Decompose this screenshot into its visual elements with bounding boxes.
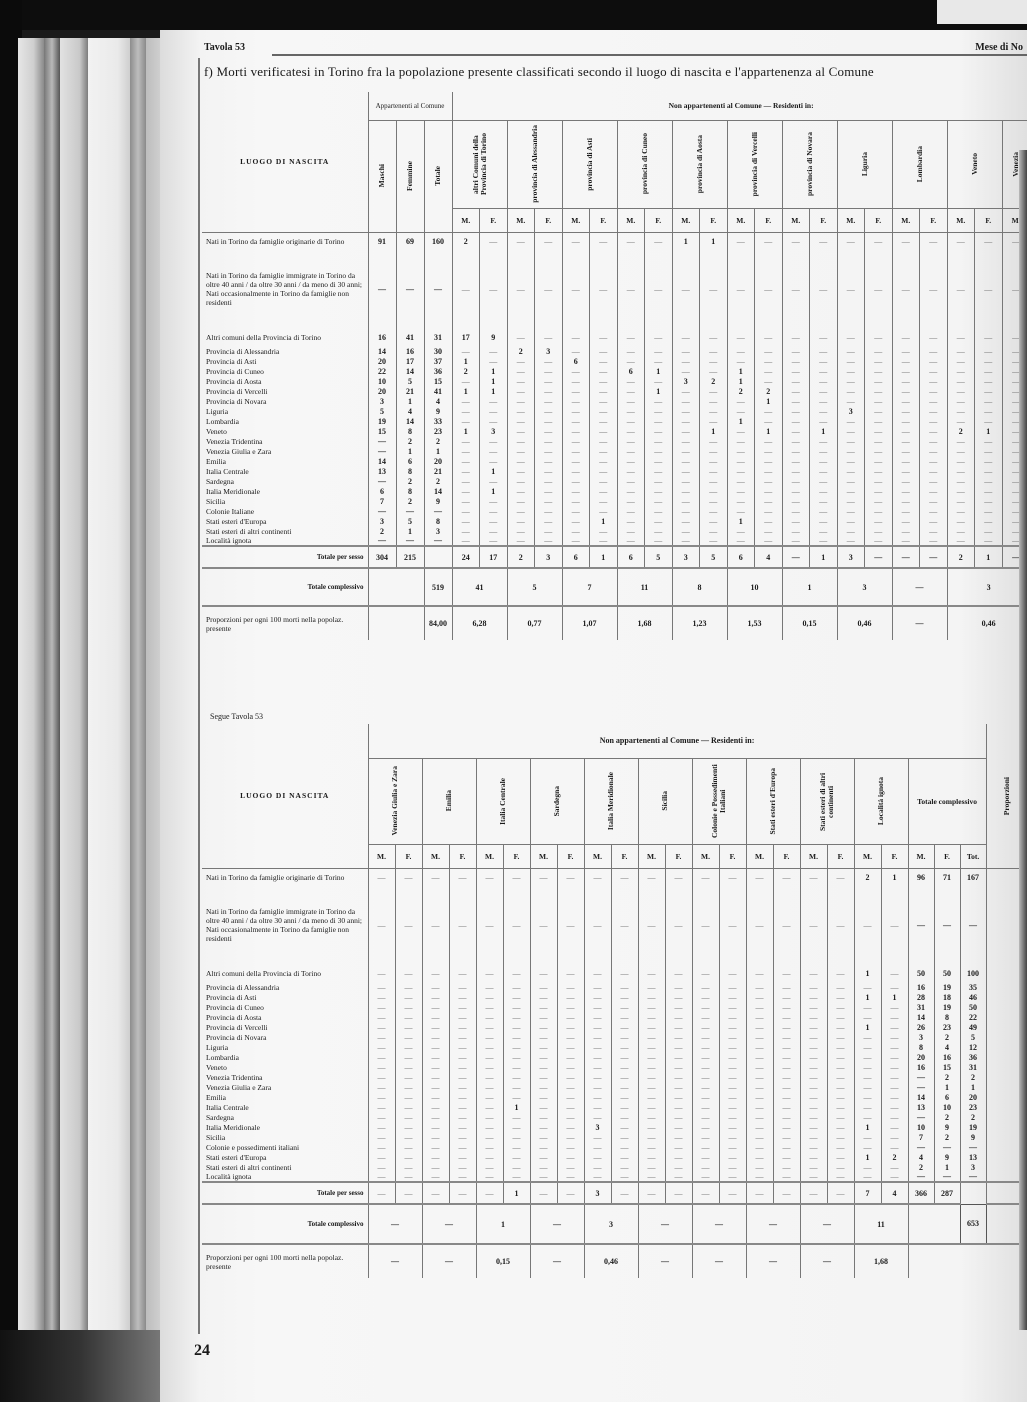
title-prefix: f) bbox=[204, 64, 213, 79]
data-cell: — bbox=[452, 526, 480, 536]
table-row: Nati in Torino da famiglie immigrate in … bbox=[202, 886, 1027, 964]
data-cell: — bbox=[557, 1122, 584, 1132]
data-cell: — bbox=[476, 1132, 503, 1142]
column-header-f: F. bbox=[881, 844, 908, 868]
data-cell: 1,53 bbox=[727, 606, 782, 640]
cell-t: 1 bbox=[424, 446, 452, 456]
data-cell: — bbox=[590, 366, 618, 376]
data-cell: — bbox=[854, 1052, 881, 1062]
data-cell: — bbox=[920, 366, 948, 376]
cell-m: 5 bbox=[368, 406, 396, 416]
data-cell: — bbox=[920, 496, 948, 506]
row-label: Emilia bbox=[202, 456, 368, 466]
data-cell: — bbox=[530, 1062, 557, 1072]
column-header-m: M. bbox=[908, 844, 934, 868]
cell-f: 2 bbox=[396, 476, 424, 486]
data-cell: — bbox=[395, 1042, 422, 1052]
data-cell: — bbox=[947, 496, 975, 506]
data-cell: — bbox=[476, 1042, 503, 1052]
data-cell: — bbox=[672, 396, 700, 406]
data-cell: 1 bbox=[590, 546, 618, 568]
data-cell: — bbox=[719, 1112, 746, 1122]
cell-f: 69 bbox=[396, 232, 424, 250]
data-cell: — bbox=[727, 356, 755, 366]
data-cell: — bbox=[449, 1042, 476, 1052]
data-cell: — bbox=[562, 486, 590, 496]
data-cell: — bbox=[530, 1204, 584, 1244]
data-cell: — bbox=[507, 516, 535, 526]
data-cell: 1 bbox=[480, 466, 508, 476]
data-cell: — bbox=[746, 1204, 800, 1244]
data-cell: 1 bbox=[975, 426, 1003, 436]
header-row-groups: LUOGO DI NASCITANon appartenenti al Comu… bbox=[202, 724, 1027, 758]
column-header-f: F. bbox=[810, 208, 838, 232]
data-cell: 3 bbox=[672, 376, 700, 386]
table-row: Liguria————————————————————8412 bbox=[202, 1042, 1027, 1052]
data-cell: 1,23 bbox=[672, 606, 727, 640]
cell-m: 10 bbox=[368, 376, 396, 386]
column-header-m: M. bbox=[476, 844, 503, 868]
data-cell: — bbox=[800, 1244, 854, 1278]
data-cell: — bbox=[452, 436, 480, 446]
row-label: Colonie e possedimenti italiani bbox=[202, 1142, 368, 1152]
data-cell: — bbox=[865, 486, 893, 496]
row-label: Provincia di Cuneo bbox=[202, 366, 368, 376]
data-cell: — bbox=[449, 1022, 476, 1032]
data-cell: — bbox=[881, 1122, 908, 1132]
empty-cell bbox=[908, 1244, 1027, 1278]
data-cell: — bbox=[827, 1072, 854, 1082]
data-cell: — bbox=[881, 1082, 908, 1092]
data-cell: — bbox=[692, 1032, 719, 1042]
data-cell: — bbox=[746, 1244, 800, 1278]
data-cell: — bbox=[480, 536, 508, 546]
data-cell: — bbox=[837, 366, 865, 376]
cell-t: 3 bbox=[424, 526, 452, 536]
data-cell: — bbox=[665, 1112, 692, 1122]
data-cell: — bbox=[480, 446, 508, 456]
data-cell: — bbox=[773, 868, 800, 886]
data-cell: — bbox=[645, 536, 673, 546]
data-cell: — bbox=[837, 386, 865, 396]
data-cell: — bbox=[719, 1172, 746, 1182]
data-cell: — bbox=[645, 476, 673, 486]
data-cell: — bbox=[755, 456, 783, 466]
data-cell: — bbox=[368, 982, 395, 992]
total-cell: 19 bbox=[960, 1122, 986, 1132]
table-row: Altri comuni della Provincia di Torino——… bbox=[202, 964, 1027, 982]
data-cell: — bbox=[746, 868, 773, 886]
data-cell: — bbox=[368, 1072, 395, 1082]
data-cell: — bbox=[422, 1012, 449, 1022]
data-cell: — bbox=[947, 396, 975, 406]
row-label: Provincia di Asti bbox=[202, 356, 368, 366]
data-cell: — bbox=[590, 506, 618, 516]
data-cell: — bbox=[881, 1172, 908, 1182]
data-cell: — bbox=[892, 416, 920, 426]
data-cell: — bbox=[535, 486, 563, 496]
data-cell: — bbox=[892, 456, 920, 466]
data-cell: — bbox=[638, 1132, 665, 1142]
data-cell: — bbox=[503, 992, 530, 1002]
continuation-label: Segue Tavola 53 bbox=[210, 712, 263, 721]
data-cell: — bbox=[947, 416, 975, 426]
data-cell: — bbox=[617, 416, 645, 426]
data-cell: 3 bbox=[535, 346, 563, 356]
data-cell: 0,46 bbox=[584, 1244, 638, 1278]
data-cell: — bbox=[920, 446, 948, 456]
data-cell: — bbox=[881, 1132, 908, 1142]
row-label: Colonie Italiane bbox=[202, 506, 368, 516]
data-cell: — bbox=[530, 1012, 557, 1022]
column-header-residence: Italia Centrale bbox=[476, 758, 530, 844]
data-cell: — bbox=[422, 1092, 449, 1102]
data-cell: 24 bbox=[452, 546, 480, 568]
data-cell: — bbox=[892, 346, 920, 356]
data-cell: — bbox=[700, 396, 728, 406]
data-cell: 0,46 bbox=[947, 606, 1027, 640]
total-f-cell: 2 bbox=[934, 1072, 960, 1082]
cell-t: 30 bbox=[424, 346, 452, 356]
data-cell: — bbox=[727, 496, 755, 506]
data-cell: — bbox=[975, 516, 1003, 526]
data-cell: — bbox=[476, 1072, 503, 1082]
book-page-edge bbox=[44, 38, 60, 1402]
row-label: Provincia di Alessandria bbox=[202, 982, 368, 992]
data-cell: — bbox=[395, 868, 422, 886]
row-label: Totale complessivo bbox=[202, 1204, 368, 1244]
data-cell: — bbox=[562, 466, 590, 476]
data-cell: — bbox=[700, 328, 728, 346]
data-cell: — bbox=[719, 1182, 746, 1204]
data-cell: — bbox=[746, 1172, 773, 1182]
total-cell: — bbox=[960, 1172, 986, 1182]
data-cell: — bbox=[892, 568, 947, 606]
data-cell: — bbox=[920, 486, 948, 496]
data-cell: — bbox=[535, 446, 563, 456]
data-cell: — bbox=[638, 1142, 665, 1152]
cell-t bbox=[424, 546, 452, 568]
data-cell: — bbox=[562, 456, 590, 466]
data-cell: 17 bbox=[480, 546, 508, 568]
data-cell: — bbox=[476, 1112, 503, 1122]
data-cell: — bbox=[368, 1012, 395, 1022]
data-cell: — bbox=[700, 476, 728, 486]
data-cell: — bbox=[590, 346, 618, 356]
data-cell: — bbox=[773, 1182, 800, 1204]
data-cell: — bbox=[452, 516, 480, 526]
total-m-cell: — bbox=[908, 1112, 934, 1122]
data-cell: — bbox=[611, 1152, 638, 1162]
row-label: Provincia di Cuneo bbox=[202, 1002, 368, 1012]
data-cell: — bbox=[535, 536, 563, 546]
scan-right-edge bbox=[1019, 150, 1027, 1330]
data-cell: — bbox=[617, 466, 645, 476]
data-cell: — bbox=[837, 328, 865, 346]
total-f-cell: 287 bbox=[934, 1182, 960, 1204]
data-cell: — bbox=[422, 982, 449, 992]
data-cell: 6 bbox=[727, 546, 755, 568]
row-label: Totale complessivo bbox=[202, 568, 368, 606]
table-row: Provincia di Novara314———————————1——————… bbox=[202, 396, 1027, 406]
data-cell: — bbox=[476, 1092, 503, 1102]
total-cell: 35 bbox=[960, 982, 986, 992]
cell-m: 19 bbox=[368, 416, 396, 426]
data-cell: 0,77 bbox=[507, 606, 562, 640]
data-cell: — bbox=[476, 1162, 503, 1172]
column-header-f: F. bbox=[611, 844, 638, 868]
data-cell: — bbox=[535, 516, 563, 526]
data-cell: — bbox=[617, 426, 645, 436]
data-cell: — bbox=[449, 1112, 476, 1122]
data-cell: — bbox=[947, 346, 975, 356]
data-cell: — bbox=[700, 496, 728, 506]
data-cell: — bbox=[557, 1182, 584, 1204]
data-cell: — bbox=[617, 496, 645, 506]
data-cell: — bbox=[395, 1012, 422, 1022]
data-cell: 1 bbox=[881, 992, 908, 1002]
data-cell: — bbox=[746, 1002, 773, 1012]
cell-t: 9 bbox=[424, 496, 452, 506]
data-cell: — bbox=[837, 486, 865, 496]
data-cell: — bbox=[800, 1122, 827, 1132]
data-cell: — bbox=[746, 992, 773, 1002]
data-cell: — bbox=[782, 356, 810, 366]
data-cell: — bbox=[692, 1092, 719, 1102]
table-row: Nati in Torino da famiglie originarie di… bbox=[202, 232, 1027, 250]
data-cell: — bbox=[665, 1062, 692, 1072]
column-header-residence: Venezia Giulia e Zara bbox=[368, 758, 422, 844]
stub-header: LUOGO DI NASCITA bbox=[202, 92, 368, 232]
data-cell: — bbox=[395, 1082, 422, 1092]
data-cell: — bbox=[727, 426, 755, 436]
data-cell: — bbox=[700, 436, 728, 446]
data-cell: — bbox=[773, 1112, 800, 1122]
column-header-tot: Tot. bbox=[960, 844, 986, 868]
data-cell: — bbox=[557, 1152, 584, 1162]
data-cell: — bbox=[692, 982, 719, 992]
data-cell: — bbox=[617, 436, 645, 446]
data-cell: — bbox=[584, 982, 611, 992]
data-cell: — bbox=[590, 356, 618, 366]
data-cell: — bbox=[530, 1032, 557, 1042]
total-cell: 1 bbox=[960, 1082, 986, 1092]
cell-f: — bbox=[396, 250, 424, 328]
data-cell: — bbox=[975, 506, 1003, 516]
data-cell: — bbox=[535, 250, 563, 328]
table-left-border bbox=[198, 58, 200, 1334]
data-cell: — bbox=[865, 346, 893, 356]
total-f-cell: 18 bbox=[934, 992, 960, 1002]
data-cell: — bbox=[865, 436, 893, 446]
data-cell: — bbox=[535, 526, 563, 536]
data-cell: — bbox=[773, 1122, 800, 1132]
data-cell: — bbox=[773, 1012, 800, 1022]
cell-m: — bbox=[368, 436, 396, 446]
group-header-appartenenti: Appartenenti al Comune bbox=[368, 92, 452, 120]
data-cell: — bbox=[782, 466, 810, 476]
data-cell: — bbox=[746, 1112, 773, 1122]
data-cell: — bbox=[773, 1052, 800, 1062]
data-cell: — bbox=[368, 1092, 395, 1102]
column-header-residence: Stati esteri d'Europa bbox=[746, 758, 800, 844]
data-cell: — bbox=[727, 346, 755, 356]
data-cell: — bbox=[810, 466, 838, 476]
data-cell: — bbox=[810, 416, 838, 426]
data-cell: — bbox=[881, 1022, 908, 1032]
cell-f: 8 bbox=[396, 486, 424, 496]
data-cell: — bbox=[611, 1002, 638, 1012]
data-cell: — bbox=[645, 456, 673, 466]
table-row: Italia Centrale13821—1——————————————————… bbox=[202, 466, 1027, 476]
data-cell: — bbox=[503, 1172, 530, 1182]
data-cell: — bbox=[854, 1092, 881, 1102]
data-cell: — bbox=[584, 1152, 611, 1162]
data-cell: — bbox=[975, 386, 1003, 396]
data-cell: — bbox=[975, 526, 1003, 536]
data-cell: — bbox=[746, 1182, 773, 1204]
column-header-m: M. bbox=[422, 844, 449, 868]
data-cell: — bbox=[810, 526, 838, 536]
column-header-residence: Stati esteri di altri continenti bbox=[800, 758, 854, 844]
data-cell: — bbox=[476, 1172, 503, 1182]
data-cell: — bbox=[665, 1122, 692, 1132]
cell-m: 16 bbox=[368, 328, 396, 346]
data-cell: — bbox=[719, 1022, 746, 1032]
data-cell: — bbox=[837, 396, 865, 406]
data-cell: — bbox=[837, 426, 865, 436]
data-cell: — bbox=[854, 1072, 881, 1082]
data-cell: — bbox=[782, 232, 810, 250]
column-header-f: F. bbox=[449, 844, 476, 868]
total-f-cell: 71 bbox=[934, 868, 960, 886]
data-cell: — bbox=[727, 536, 755, 546]
data-cell: 0,15 bbox=[476, 1244, 530, 1278]
row-label: Località ignota bbox=[202, 1172, 368, 1182]
data-cell: — bbox=[507, 232, 535, 250]
data-cell: 1 bbox=[700, 426, 728, 436]
data-cell: — bbox=[810, 386, 838, 396]
data-cell: — bbox=[665, 964, 692, 982]
data-cell: — bbox=[719, 1102, 746, 1112]
column-header-f: F. bbox=[665, 844, 692, 868]
cell-f: 2 bbox=[396, 496, 424, 506]
data-cell: — bbox=[719, 1132, 746, 1142]
data-cell: — bbox=[892, 366, 920, 376]
data-cell: — bbox=[584, 1102, 611, 1112]
column-header-f: F. bbox=[755, 208, 783, 232]
total-cell: 13 bbox=[960, 1152, 986, 1162]
data-cell: — bbox=[755, 446, 783, 456]
cell-t: 4 bbox=[424, 396, 452, 406]
data-cell: 2 bbox=[947, 426, 975, 436]
data-cell: — bbox=[837, 516, 865, 526]
row-label: Veneto bbox=[202, 1062, 368, 1072]
row-label: Sicilia bbox=[202, 496, 368, 506]
data-cell: — bbox=[530, 992, 557, 1002]
total-f-cell: 16 bbox=[934, 1052, 960, 1062]
table-row: Provincia di Aosta————————————————————14… bbox=[202, 1012, 1027, 1022]
data-cell: 11 bbox=[617, 568, 672, 606]
data-cell: — bbox=[535, 456, 563, 466]
data-cell: — bbox=[507, 386, 535, 396]
data-cell: — bbox=[773, 1092, 800, 1102]
data-cell: — bbox=[395, 964, 422, 982]
total-m-cell: 4 bbox=[908, 1152, 934, 1162]
table-row: Sicilia729————————————————————— bbox=[202, 496, 1027, 506]
data-cell: — bbox=[449, 1122, 476, 1132]
cell-t: 20 bbox=[424, 456, 452, 466]
data-cell: — bbox=[617, 356, 645, 366]
column-header-f: F. bbox=[975, 208, 1003, 232]
data-cell: — bbox=[645, 416, 673, 426]
data-cell: — bbox=[665, 1022, 692, 1032]
total-m-cell: — bbox=[908, 886, 934, 964]
data-cell: — bbox=[700, 356, 728, 366]
data-cell: — bbox=[719, 982, 746, 992]
data-cell: — bbox=[782, 250, 810, 328]
cell-f: 14 bbox=[396, 416, 424, 426]
data-cell: — bbox=[503, 1012, 530, 1022]
cell-t: 41 bbox=[424, 386, 452, 396]
data-cell: — bbox=[773, 1082, 800, 1092]
column-header-f: F. bbox=[827, 844, 854, 868]
data-cell: — bbox=[584, 1112, 611, 1122]
data-cell: — bbox=[800, 886, 827, 964]
data-cell: — bbox=[782, 346, 810, 356]
data-cell: — bbox=[975, 346, 1003, 356]
data-cell: 1 bbox=[975, 546, 1003, 568]
data-cell: — bbox=[584, 1092, 611, 1102]
data-cell: — bbox=[865, 476, 893, 486]
data-cell: — bbox=[395, 1182, 422, 1204]
data-cell: — bbox=[892, 396, 920, 406]
data-cell: — bbox=[557, 1072, 584, 1082]
data-cell: — bbox=[611, 1082, 638, 1092]
column-header-femmine: Femmine bbox=[396, 120, 424, 232]
data-cell: — bbox=[476, 1062, 503, 1072]
data-cell: — bbox=[800, 1142, 827, 1152]
data-cell: — bbox=[395, 992, 422, 1002]
column-header-m: M. bbox=[584, 844, 611, 868]
row-label: Proporzioni per ogni 100 morti nella pop… bbox=[202, 606, 368, 640]
data-cell: — bbox=[837, 250, 865, 328]
data-cell: — bbox=[611, 964, 638, 982]
data-cell: — bbox=[368, 1152, 395, 1162]
data-cell: — bbox=[692, 1244, 746, 1278]
column-header-maschi: Maschi bbox=[368, 120, 396, 232]
data-cell: — bbox=[590, 486, 618, 496]
cell-m: 3 bbox=[368, 396, 396, 406]
data-cell: 6,28 bbox=[452, 606, 507, 640]
data-cell: — bbox=[865, 376, 893, 386]
data-cell: — bbox=[535, 406, 563, 416]
data-cell: — bbox=[665, 1052, 692, 1062]
table-row: Provincia di Alessandria141630——23——————… bbox=[202, 346, 1027, 356]
data-cell: — bbox=[449, 1082, 476, 1092]
page-number: 24 bbox=[194, 1342, 210, 1360]
data-cell: — bbox=[782, 328, 810, 346]
row-label: Sicilia bbox=[202, 1132, 368, 1142]
row-label: Lombardia bbox=[202, 1052, 368, 1062]
data-cell: — bbox=[562, 506, 590, 516]
data-cell: — bbox=[700, 486, 728, 496]
data-cell: — bbox=[584, 992, 611, 1002]
data-cell: — bbox=[881, 1062, 908, 1072]
data-cell: — bbox=[782, 446, 810, 456]
total-m-cell: 31 bbox=[908, 1002, 934, 1012]
data-cell: — bbox=[773, 1162, 800, 1172]
